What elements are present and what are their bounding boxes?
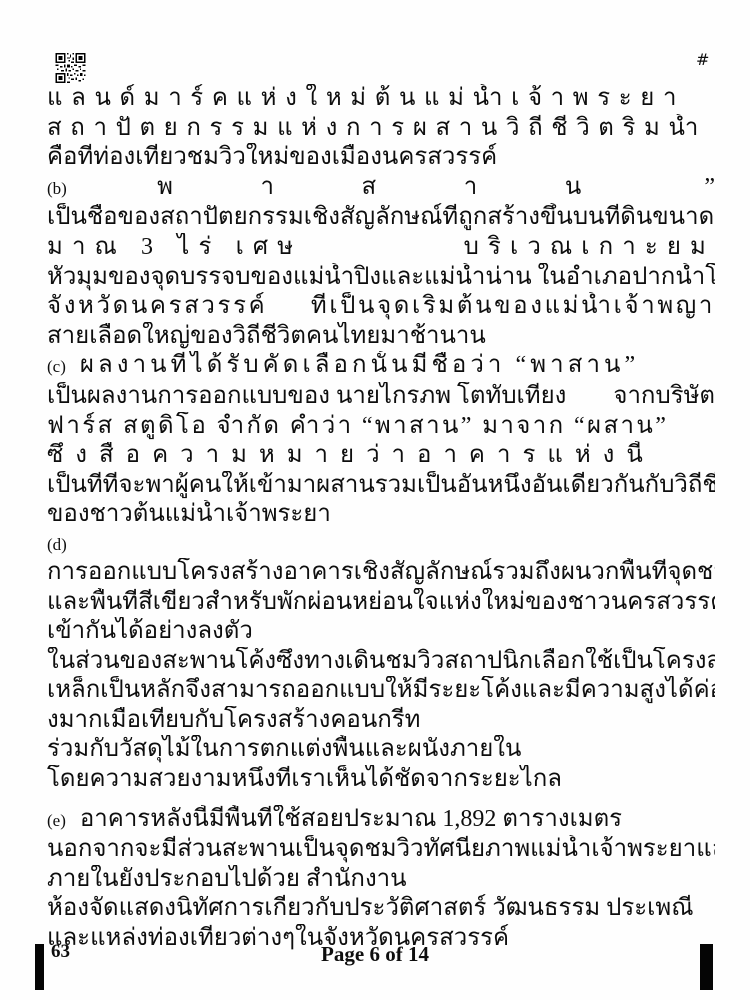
line-left-part: เป็นผลงานการออกแบบของ นายไกรภพ โตทับเที่…: [47, 382, 566, 412]
paragraph-line: เหล็กเป็นหลักจึงสามารถออกแบบให้มีระยะโค้…: [47, 676, 715, 706]
paragraph-line: โดยความสวยงามหนึ่งที่เราเห็นได้ชัดจากระย…: [47, 765, 715, 795]
paragraph-line: แลนด์มาร์คแห่งใหม่ต้นแม่น้ำเจ้าพระยา: [47, 84, 715, 114]
paragraph-line: เป็นที่ที่จะพาผู้คนให้เข้ามาผสานรวมเป็นอ…: [47, 471, 715, 501]
line-right-part: บริเวณเกาะยม: [464, 233, 715, 263]
paragraph-line: ฟาร์ส สตูดิโอ จำกัด คำว่า “พาสาน” มาจาก …: [47, 412, 715, 442]
paragraph-line: ภายในยังประกอบไปด้วย สำนักงาน: [47, 865, 715, 895]
line-right-part: จากบริษัต: [613, 382, 715, 412]
paragraph-line: เป็นชื่อของสถาปัตยกรรมเชิงสัญลักษณ์ที่ถู…: [47, 203, 715, 233]
paragraph-line: การออกแบบโครงสร้างอาคารเชิงสัญลักษณ์รวมถ…: [47, 558, 715, 588]
item-marker-d: (d): [47, 535, 67, 554]
paragraph-line-item-b: (b) พ า ส า น ”: [47, 173, 715, 204]
paragraph-line: หัวมุมของจุดบรรจบของแม่น้ำปิงและแม่น้ำน่…: [47, 263, 715, 293]
paragraph-line: คือที่ท่องเที่ยวชมวิวใหม่ของเมืองนครสวรร…: [47, 143, 715, 173]
paragraph-line: ในส่วนของสะพานโค้งซึ่งทางเดินชมวิวสถาปนิ…: [47, 647, 715, 677]
footer-page-label: Page 6 of 14: [0, 942, 750, 967]
line-left-part: มาณ 3 ไร่ เศษ: [47, 233, 302, 263]
paragraph-line-item-e: (e) อาคารหลังนี้มีพื้นที่ใช้สอยประมาณ 1,…: [47, 805, 715, 836]
item-marker-e: (e): [47, 811, 66, 830]
paragraph-line: มาณ 3 ไร่ เศษ บริเวณเกาะยม: [47, 233, 715, 263]
qr-code-icon: [55, 53, 86, 88]
line-left-part: จังหวัดนครสวรรค์: [47, 292, 267, 322]
paragraph-line: งมากเมื่อเทียบกับโครงสร้างคอนกรีท: [47, 706, 715, 736]
paragraph-line: สถาปัตยกรรมแห่งการผสานวิถีชีวิตริมน้ำ: [47, 114, 715, 144]
paragraph-line-item-d: (d): [47, 530, 715, 558]
paragraph-line: ห้องจัดแสดงนิทัศการเกี่ยวกับประวัติศาสตร…: [47, 894, 715, 924]
document-page: # แลนด์มาร์คแห่งใหม่ต้นแม่น้ำเจ้าพระยา ส…: [0, 0, 750, 1000]
page-footer: 63 Page 6 of 14: [0, 941, 750, 993]
item-marker-b: (b): [47, 174, 67, 204]
paragraph-line-item-c: (c) ผลงานที่ได้รับคัดเลือกนั้นมีชื่อว่า …: [47, 351, 715, 382]
footer-right-bar: [700, 944, 713, 990]
paragraph-line: ซึ่งสื่อความหมายว่าอาคารแห่งนี้: [47, 441, 715, 471]
paragraph-line: และพื้นที่สีเขียวสำหรับพักผ่อนหย่อนใจแห่…: [47, 588, 715, 618]
hash-corner-mark: #: [696, 50, 709, 69]
paragraph-line: ร่วมกับวัสดุไม้ในการตกแต่งพื้นและผนังภาย…: [47, 735, 715, 765]
paragraph-line: สายเลือดใหญ่ของวิถีชีวิตคนไทยมาช้านาน: [47, 322, 715, 352]
item-c-text: ผลงานที่ได้รับคัดเลือกนั้นมีชื่อว่า “พาส…: [80, 352, 639, 378]
paragraph-line: เป็นผลงานการออกแบบของ นายไกรภพ โตทับเที่…: [47, 382, 715, 412]
item-e-text: อาคารหลังนี้มีพื้นที่ใช้สอยประมาณ 1,892 …: [80, 806, 622, 832]
paragraph-line: จังหวัดนครสวรรค์ ที่เป็นจุดเริ่มต้นของแม…: [47, 292, 715, 322]
paragraph-line: เข้ากันได้อย่างลงตัว: [47, 617, 715, 647]
item-marker-c: (c): [47, 357, 66, 376]
paragraph-line: ของชาวต้นแม่น้ำเจ้าพระยา: [47, 500, 715, 530]
closing-quote: ”: [704, 173, 715, 203]
paragraph-line: นอกจากจะมีส่วนสะพานเป็นจุดชมวิวทัศนียภาพ…: [47, 835, 715, 865]
line-right-part: ที่เป็นจุดเริ่มต้นของแม่น้ำเจ้าพญา: [311, 292, 715, 322]
document-body: แลนด์มาร์คแห่งใหม่ต้นแม่น้ำเจ้าพระยา สถา…: [47, 84, 715, 954]
item-b-title: พ า ส า น: [157, 173, 622, 203]
